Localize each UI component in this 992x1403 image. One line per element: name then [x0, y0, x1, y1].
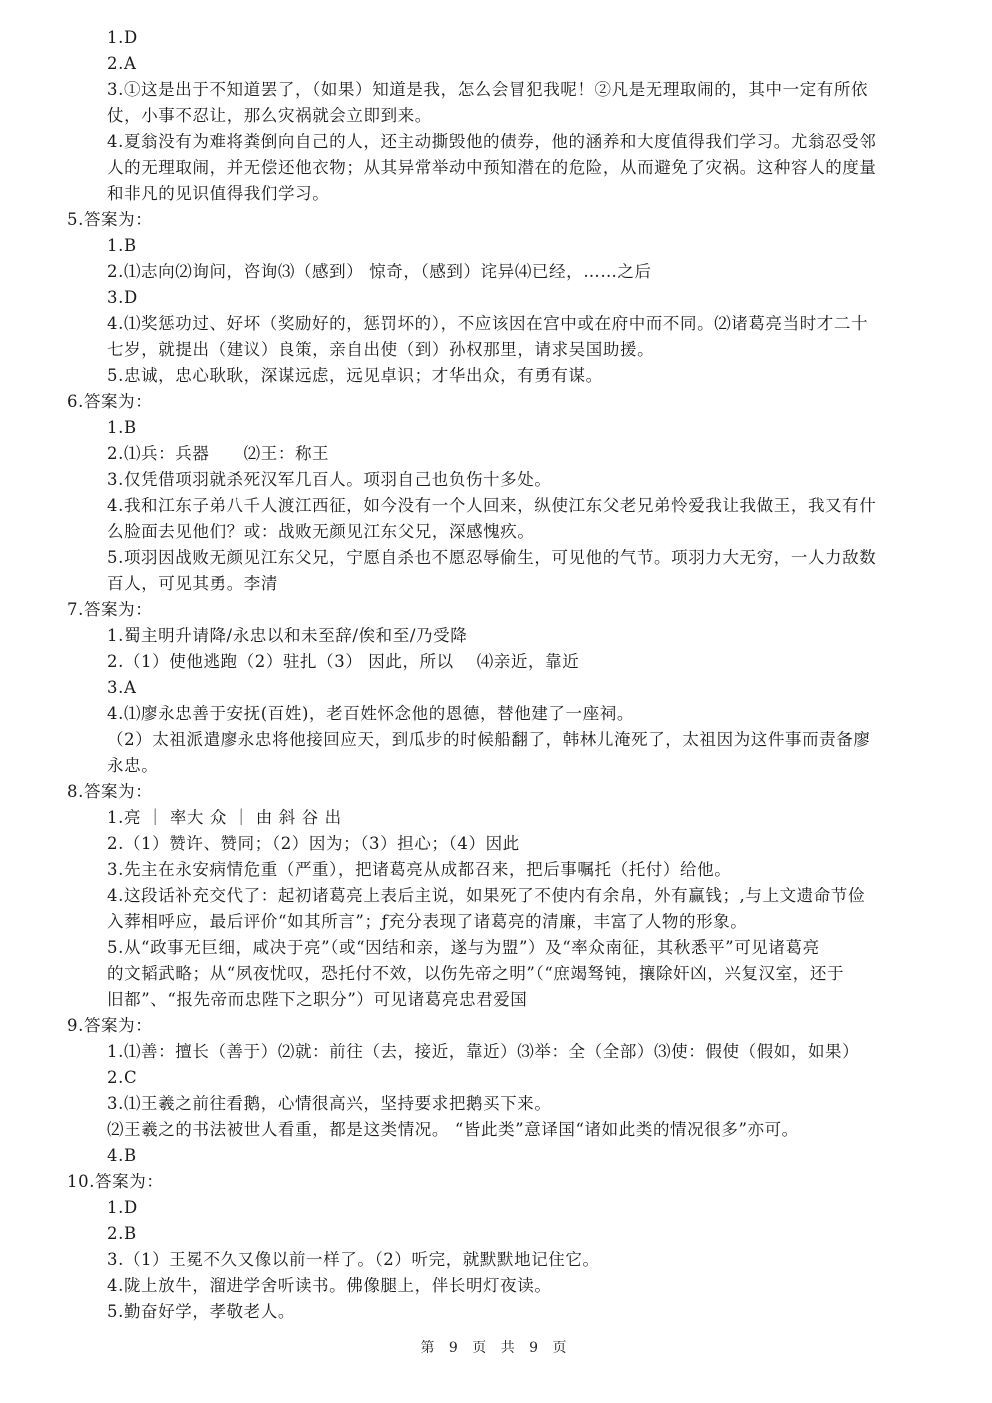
answer-item: 5.忠诚，忠心耿耿，深谋远虑，远见卓识；才华出众，有勇有谋。 [67, 363, 889, 389]
section-title: 8.答案为： [67, 779, 889, 805]
answer-item: 1.蜀主明升请降/永忠以和未至辞/俟和至/乃受降 [67, 623, 889, 649]
section-title: 10.答案为： [67, 1169, 889, 1195]
section-header: 5.答案为： [67, 207, 889, 233]
answer-line: 入葬相呼应，最后评价“如其所言”；ƒ充分表现了诸葛亮的清廉，丰富了人物的形象。 [67, 909, 889, 935]
answer-item: （2）太祖派遣廖永忠将他接回应天，到瓜步的时候船翻了，韩林儿淹死了，太祖因为这件… [67, 727, 889, 779]
answer-line: 4.我和江东子弟八千人渡江西征，如今没有一个人回来，纵使江东父老兄弟怜爱我让我做… [67, 493, 889, 519]
answer-line: 4.这段话补充交代了：起初诸葛亮上表后主说，如果死了不使内有余帛，外有赢钱；,与… [67, 883, 889, 909]
answer-item: 3.①这是出于不知道罢了，（如果）知道是我，怎么会冒犯我呢！②凡是无理取闹的，其… [67, 77, 889, 129]
answer-line: 2.⑴兵：兵器 ⑵王：称王 [67, 441, 889, 467]
answer-line: 2.（1）赞许、赞同；（2）因为；（3）担心；（4）因此 [67, 831, 889, 857]
answer-line: 2.⑴志向⑵询问，咨询⑶（感到） 惊奇，（感到）诧异⑷已经，……之后 [67, 259, 889, 285]
answer-item: 3.（1）王冕不久又像以前一样了。（2）听完，就默默地记住它。 [67, 1247, 889, 1273]
answer-line: 1.⑴善：擅长（善于）⑵就：前往（去，接近，靠近）⑶举：全（全部）⑶使：假使（假… [67, 1039, 889, 1065]
answer-item: 2.A [67, 51, 889, 77]
answer-item: 2.C [67, 1065, 889, 1091]
section-header: 8.答案为： [67, 779, 889, 805]
answer-item: 2.B [67, 1221, 889, 1247]
answer-item: 4.夏翁没有为难将粪倒向自己的人，还主动撕毁他的债券，他的涵养和大度值得我们学习… [67, 129, 889, 207]
answer-item: 4.陇上放牛，溜进学舍听读书。佛像腿上，伴长明灯夜读。 [67, 1273, 889, 1299]
section-title: 6.答案为： [67, 389, 889, 415]
answer-item: 1.B [67, 415, 889, 441]
answer-item: 3.⑴王羲之前往看鹅，心情很高兴，坚持要求把鹅买下来。 [67, 1091, 889, 1117]
answer-line: 3.D [67, 285, 889, 311]
answer-item: 1.D [67, 25, 889, 51]
answer-item: 1.⑴善：擅长（善于）⑵就：前往（去，接近，靠近）⑶举：全（全部）⑶使：假使（假… [67, 1039, 889, 1065]
answer-item: 3.D [67, 285, 889, 311]
answer-item: 4.⑴奖惩功过、好坏（奖励好的，惩罚坏的），不应该因在宫中或在府中而不同。⑵诸葛… [67, 311, 889, 363]
answer-item: 5.项羽因战败无颜见江东父兄，宁愿自杀也不愿忍辱偷生，可见他的气节。项羽力大无穷… [67, 545, 889, 597]
answer-line: 七岁，就提出（建议）良策，亲自出使（到）孙权那里，请求吴国助援。 [67, 337, 889, 363]
answer-item: 1.B [67, 233, 889, 259]
answer-line: 的文韬武略；从“夙夜忧叹，恐托付不效，以伤先帝之明”（“庶竭驽钝，攘除奸凶，兴复… [67, 961, 889, 987]
section-header: 7.答案为： [67, 597, 889, 623]
section-title: 9.答案为： [67, 1013, 889, 1039]
answer-line: 1.亮 ｜ 率大 众 ｜ 由 斜 谷 出 [67, 805, 889, 831]
section-title: 7.答案为： [67, 597, 889, 623]
answer-item: 4.我和江东子弟八千人渡江西征，如今没有一个人回来，纵使江东父老兄弟怜爱我让我做… [67, 493, 889, 545]
answer-item: 2.⑴兵：兵器 ⑵王：称王 [67, 441, 889, 467]
answer-line: 1.D [67, 1195, 889, 1221]
answer-line: 4.夏翁没有为难将粪倒向自己的人，还主动撕毁他的债券，他的涵养和大度值得我们学习… [67, 129, 889, 155]
answer-item: 3.仅凭借项羽就杀死汉军几百人。项羽自己也负伤十多处。 [67, 467, 889, 493]
answer-line: 1.B [67, 233, 889, 259]
answer-line: 和非凡的见识值得我们学习。 [67, 181, 889, 207]
answer-line: 3.⑴王羲之前往看鹅，心情很高兴，坚持要求把鹅买下来。 [67, 1091, 889, 1117]
answer-line: 4.B [67, 1143, 889, 1169]
answer-line: 2.B [67, 1221, 889, 1247]
answer-key-content: 1.D2.A3.①这是出于不知道罢了，（如果）知道是我，怎么会冒犯我呢！②凡是无… [67, 25, 889, 1325]
answer-line: 3.先主在永安病情危重（严重），把诸葛亮从成都召来，把后事嘱托（托付）给他。 [67, 857, 889, 883]
answer-item: 1.亮 ｜ 率大 众 ｜ 由 斜 谷 出 [67, 805, 889, 831]
section-title: 5.答案为： [67, 207, 889, 233]
answer-line: 么脸面去见他们？或：战败无颜见江东父兄，深感愧疚。 [67, 519, 889, 545]
answer-line: 1.蜀主明升请降/永忠以和未至辞/俟和至/乃受降 [67, 623, 889, 649]
answer-line: 1.D [67, 25, 889, 51]
answer-line: 百人，可见其勇。李清 [67, 571, 889, 597]
answer-item: 1.D [67, 1195, 889, 1221]
answer-item: 3.A [67, 675, 889, 701]
answer-item: 2.（1）赞许、赞同；（2）因为；（3）担心；（4）因此 [67, 831, 889, 857]
answer-item: 5.勤奋好学，孝敬老人。 [67, 1299, 889, 1325]
answer-item: ⑵王羲之的书法被世人看重，都是这类情况。 “皆此类”意译国“诸如此类的情况很多”… [67, 1117, 889, 1143]
answer-line: 人的无理取闹，并无偿还他衣物；从其异常举动中预知潜在的危险，从而避免了灾祸。这种… [67, 155, 889, 181]
answer-item: 5.从“政事无巨细，咸决于亮”（或“因结和亲，遂与为盟”）及“率众南征，其秋悉平… [67, 935, 889, 1013]
answer-item: 3.先主在永安病情危重（严重），把诸葛亮从成都召来，把后事嘱托（托付）给他。 [67, 857, 889, 883]
answer-line: 1.B [67, 415, 889, 441]
answer-line: 4.⑴奖惩功过、好坏（奖励好的，惩罚坏的），不应该因在宫中或在府中而不同。⑵诸葛… [67, 311, 889, 337]
answer-line: 5.忠诚，忠心耿耿，深谋远虑，远见卓识；才华出众，有勇有谋。 [67, 363, 889, 389]
answer-line: 3.A [67, 675, 889, 701]
answer-item: 4.这段话补充交代了：起初诸葛亮上表后主说，如果死了不使内有余帛，外有赢钱；,与… [67, 883, 889, 935]
section-header: 10.答案为： [67, 1169, 889, 1195]
answer-line: 2.C [67, 1065, 889, 1091]
answer-line: （2）太祖派遣廖永忠将他接回应天，到瓜步的时候船翻了，韩林儿淹死了，太祖因为这件… [67, 727, 889, 753]
answer-line: 2.A [67, 51, 889, 77]
answer-line: 4.⑴廖永忠善于安抚(百姓)，老百姓怀念他的恩德，替他建了一座祠。 [67, 701, 889, 727]
answer-line: 永忠。 [67, 753, 889, 779]
page-footer: 第 9 页 共 9 页 [0, 1337, 992, 1357]
answer-line: 旧都”、“报先帝而忠陛下之职分”）可见诸葛亮忠君爱国 [67, 987, 889, 1013]
answer-line: 仗，小事不忍让，那么灾祸就会立即到来。 [67, 103, 889, 129]
answer-line: 5.勤奋好学，孝敬老人。 [67, 1299, 889, 1325]
answer-item: 4.⑴廖永忠善于安抚(百姓)，老百姓怀念他的恩德，替他建了一座祠。 [67, 701, 889, 727]
answer-line: 2.（1）使他逃跑（2）驻扎（3） 因此，所以 ⑷亲近，靠近 [67, 649, 889, 675]
answer-item: 2.⑴志向⑵询问，咨询⑶（感到） 惊奇，（感到）诧异⑷已经，……之后 [67, 259, 889, 285]
answer-line: 5.从“政事无巨细，咸决于亮”（或“因结和亲，遂与为盟”）及“率众南征，其秋悉平… [67, 935, 889, 961]
answer-item: 4.B [67, 1143, 889, 1169]
answer-line: 3.（1）王冕不久又像以前一样了。（2）听完，就默默地记住它。 [67, 1247, 889, 1273]
answer-line: 4.陇上放牛，溜进学舍听读书。佛像腿上，伴长明灯夜读。 [67, 1273, 889, 1299]
section-header: 6.答案为： [67, 389, 889, 415]
answer-item: 2.（1）使他逃跑（2）驻扎（3） 因此，所以 ⑷亲近，靠近 [67, 649, 889, 675]
answer-line: 3.仅凭借项羽就杀死汉军几百人。项羽自己也负伤十多处。 [67, 467, 889, 493]
answer-line: 5.项羽因战败无颜见江东父兄，宁愿自杀也不愿忍辱偷生，可见他的气节。项羽力大无穷… [67, 545, 889, 571]
answer-line: 3.①这是出于不知道罢了，（如果）知道是我，怎么会冒犯我呢！②凡是无理取闹的，其… [67, 77, 889, 103]
section-header: 9.答案为： [67, 1013, 889, 1039]
answer-line: ⑵王羲之的书法被世人看重，都是这类情况。 “皆此类”意译国“诸如此类的情况很多”… [67, 1117, 889, 1143]
document-page: 1.D2.A3.①这是出于不知道罢了，（如果）知道是我，怎么会冒犯我呢！②凡是无… [0, 0, 992, 1403]
